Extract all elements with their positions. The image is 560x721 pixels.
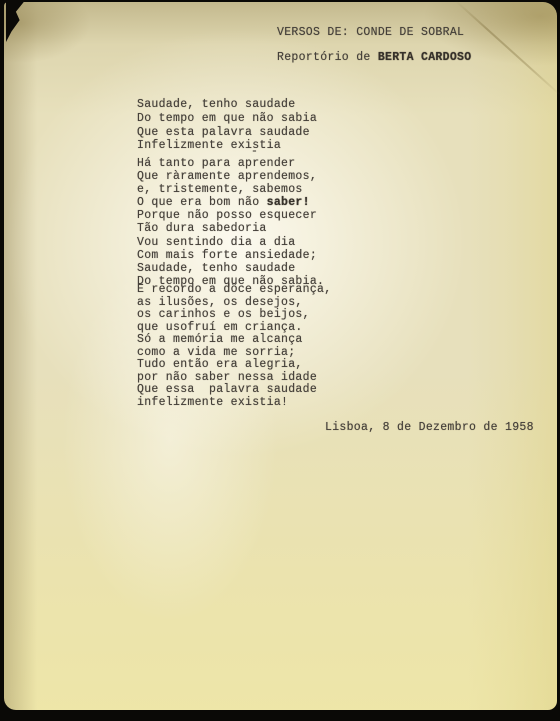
poem-text: Só a memória me alcança [137,333,303,346]
poem-line: Com mais forte ansiedade; [137,249,324,262]
poem-text: Vou sentindo dia a dia [137,236,295,249]
poem-text: Tão dura sabedoria [137,222,267,235]
poem-line: e, tristemente, sabemos [137,183,324,196]
poem-stanza-1: Saudade, tenho saudadeDo tempo em que nã… [137,98,317,153]
poem-line: Que esta palavra saudade [137,126,317,140]
poem-text: Infelizmente existia [137,139,281,152]
poem-text: como a vida me sorria; [137,346,295,359]
emphasized-text: saber! [267,196,310,209]
poem-line: Que ràramente aprendemos, [137,170,324,183]
scanned-document: VERSOS DE: CONDE DE SOBRAL Reportório de… [0,0,560,721]
poem-text: Que essa palavra saudade [137,383,317,396]
poem-line: Porque não posso esquecer [137,209,324,222]
poem-stanza-2: Há tanto para aprenderQue ràramente apre… [137,157,324,288]
poem-text: Que ràramente aprendemos, [137,170,317,183]
poem-line: Vou sentindo dia a dia [137,236,324,249]
poem-text: O que era bom não [137,196,267,209]
poem-text: que usofruí em criança. [137,321,303,334]
poem-text: Tudo então era alegria, [137,358,303,371]
poem-line: O que era bom não saber! [137,196,324,209]
poem-line: infelizmente existia! [137,397,331,410]
paper-sheet: VERSOS DE: CONDE DE SOBRAL Reportório de… [4,2,557,710]
paper-corner-damage [6,0,28,42]
poem-text: por não saber nessa idade [137,371,317,384]
poem-text: os carinhos e os beijos, [137,308,310,321]
performer-name: BERTA CARDOSO [378,51,472,64]
poem-line: Saudade, tenho saudade [137,262,324,275]
poem-text: E recordo a dôce esperança, [137,283,331,296]
poem-line: Saudade, tenho saudade [137,98,317,112]
poem-text: Do tempo em que não sabia [137,112,317,125]
poem-text: Há tanto para aprender [137,157,295,170]
poem-text: as ilusões, os desejos, [137,296,303,309]
poem-line: Tão dura sabedoria [137,222,324,235]
poem-text: Com mais forte ansiedade; [137,249,317,262]
poem-text: Porque não posso esquecer [137,209,317,222]
subtitle-prefix: Reportório de [277,51,378,64]
poem-text: infelizmente existia! [137,396,288,409]
poem-text: e, tristemente, sabemos [137,183,303,196]
document-title: VERSOS DE: CONDE DE SOBRAL [277,26,464,39]
poem-line: Infelizmente existia [137,139,317,153]
poem-line: Do tempo em que não sabia [137,112,317,126]
poem-text: Saudade, tenho saudade [137,262,295,275]
poem-text: Saudade, tenho saudade [137,98,295,111]
poem-line: Há tanto para aprender [137,157,324,170]
poem-text: Que esta palavra saudade [137,126,310,139]
dateline: Lisboa, 8 de Dezembro de 1958 [325,421,534,434]
poem-stanza-3: E recordo a dôce esperança,as ilusões, o… [137,284,331,409]
document-subtitle: Reportório de BERTA CARDOSO [277,51,471,64]
paper-crease [455,0,560,96]
